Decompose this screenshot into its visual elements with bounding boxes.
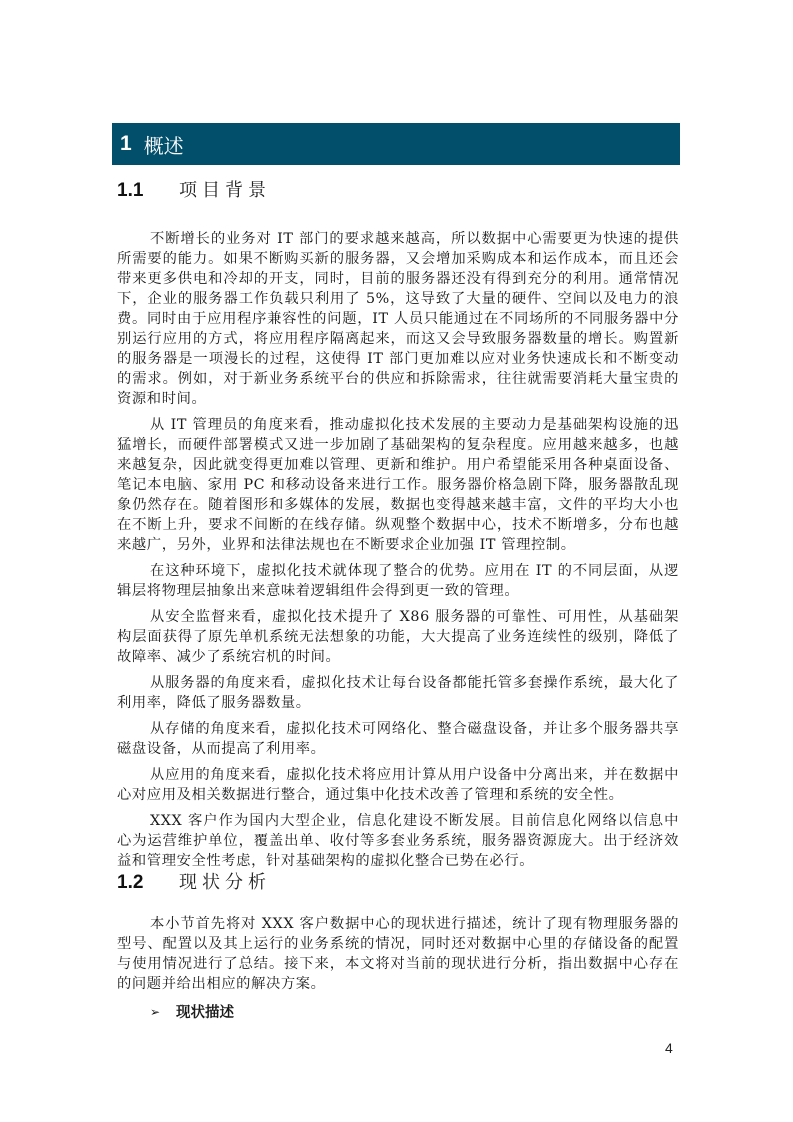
paragraph: 在这种环境下，虚拟化技术就体现了整合的优势。应用在 IT 的不同层面，从逻辑层将… xyxy=(117,561,679,601)
paragraph: 不断增长的业务对 IT 部门的要求越来越高，所以数据中心需要更为快速的提供所需要… xyxy=(117,229,679,409)
paragraph: 本小节首先将对 XXX 客户数据中心的现状进行描述，统计了现有物理服务器的型号、… xyxy=(117,914,679,994)
section-title: 现状分析 xyxy=(179,868,271,894)
bullet-heading-status-description: ➢ 现状描述 xyxy=(150,1001,234,1022)
section-heading-1-2: 1.2 现状分析 xyxy=(117,868,271,894)
paragraph: 从应用的角度来看，虚拟化技术将应用计算从用户设备中分离出来，并在数据中心对应用及… xyxy=(117,765,679,805)
chapter-title: 概述 xyxy=(144,130,184,159)
section-number: 1.2 xyxy=(117,872,179,894)
bullet-label: 现状描述 xyxy=(176,1001,234,1022)
paragraph: 从安全监督来看，虚拟化技术提升了 X86 服务器的可靠性、可用性，从基础架构层面… xyxy=(117,607,679,667)
paragraph: 从存储的角度来看，虚拟化技术可网络化、整合磁盘设备，并让多个服务器共享磁盘设备，… xyxy=(117,719,679,759)
paragraph: XXX 客户作为国内大型企业，信息化建设不断发展。目前信息化网络以信息中心为运营… xyxy=(117,811,679,871)
chapter-number: 1 xyxy=(120,132,132,156)
section-heading-1-1: 1.1 项目背景 xyxy=(117,176,271,202)
section-title: 项目背景 xyxy=(179,176,271,202)
arrowhead-bullet-icon: ➢ xyxy=(150,1005,176,1019)
chapter-heading-bar: 1 概述 xyxy=(112,123,680,165)
paragraph: 从 IT 管理员的角度来看，推动虚拟化技术发展的主要动力是基础架构设施的迅猛增长… xyxy=(117,415,679,555)
section-1-1-body: 不断增长的业务对 IT 部门的要求越来越高，所以数据中心需要更为快速的提供所需要… xyxy=(117,229,679,877)
section-1-2-body: 本小节首先将对 XXX 客户数据中心的现状进行描述，统计了现有物理服务器的型号、… xyxy=(117,914,679,1000)
document-page: 1 概述 1.1 项目背景 不断增长的业务对 IT 部门的要求越来越高，所以数据… xyxy=(0,0,793,1122)
section-number: 1.1 xyxy=(117,180,179,202)
paragraph: 从服务器的角度来看，虚拟化技术让每台设备都能托管多套操作系统，最大化了利用率，降… xyxy=(117,673,679,713)
page-number: 4 xyxy=(665,1040,673,1056)
